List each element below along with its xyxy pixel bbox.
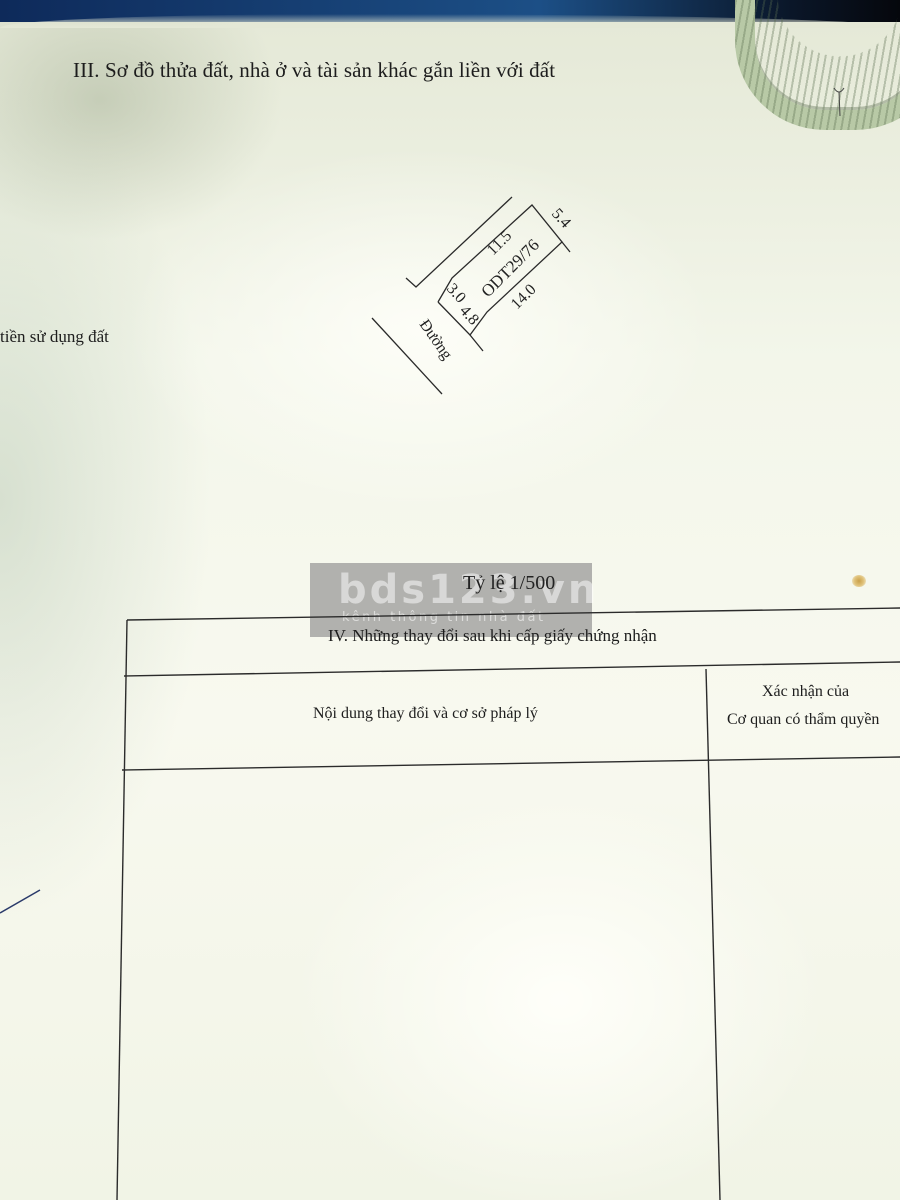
watermark-tagline: kênh thông tin nhà đất — [342, 610, 546, 625]
dim-right-edge: 5.4 — [548, 205, 574, 231]
scale-label: Tỷ lệ 1/500 — [463, 572, 555, 595]
dim-bottom-edge: 14.0 — [508, 281, 540, 313]
column-header-confirmation-line2: Cơ quan có thẩm quyền — [727, 711, 879, 729]
land-plot-diagram: 11.5 5.4 ODT29/76 14.0 3.0 4.8 Đường — [0, 0, 900, 600]
paper-stain — [852, 575, 866, 587]
section-iv-title: IV. Những thay đổi sau khi cấp giấy chứn… — [328, 626, 657, 646]
column-header-confirmation-line1: Xác nhận của — [762, 683, 849, 701]
dim-left-upper: 3.0 — [443, 280, 469, 306]
column-header-change-content: Nội dung thay đổi và cơ sở pháp lý — [313, 705, 538, 723]
road-label: Đường — [416, 317, 456, 363]
